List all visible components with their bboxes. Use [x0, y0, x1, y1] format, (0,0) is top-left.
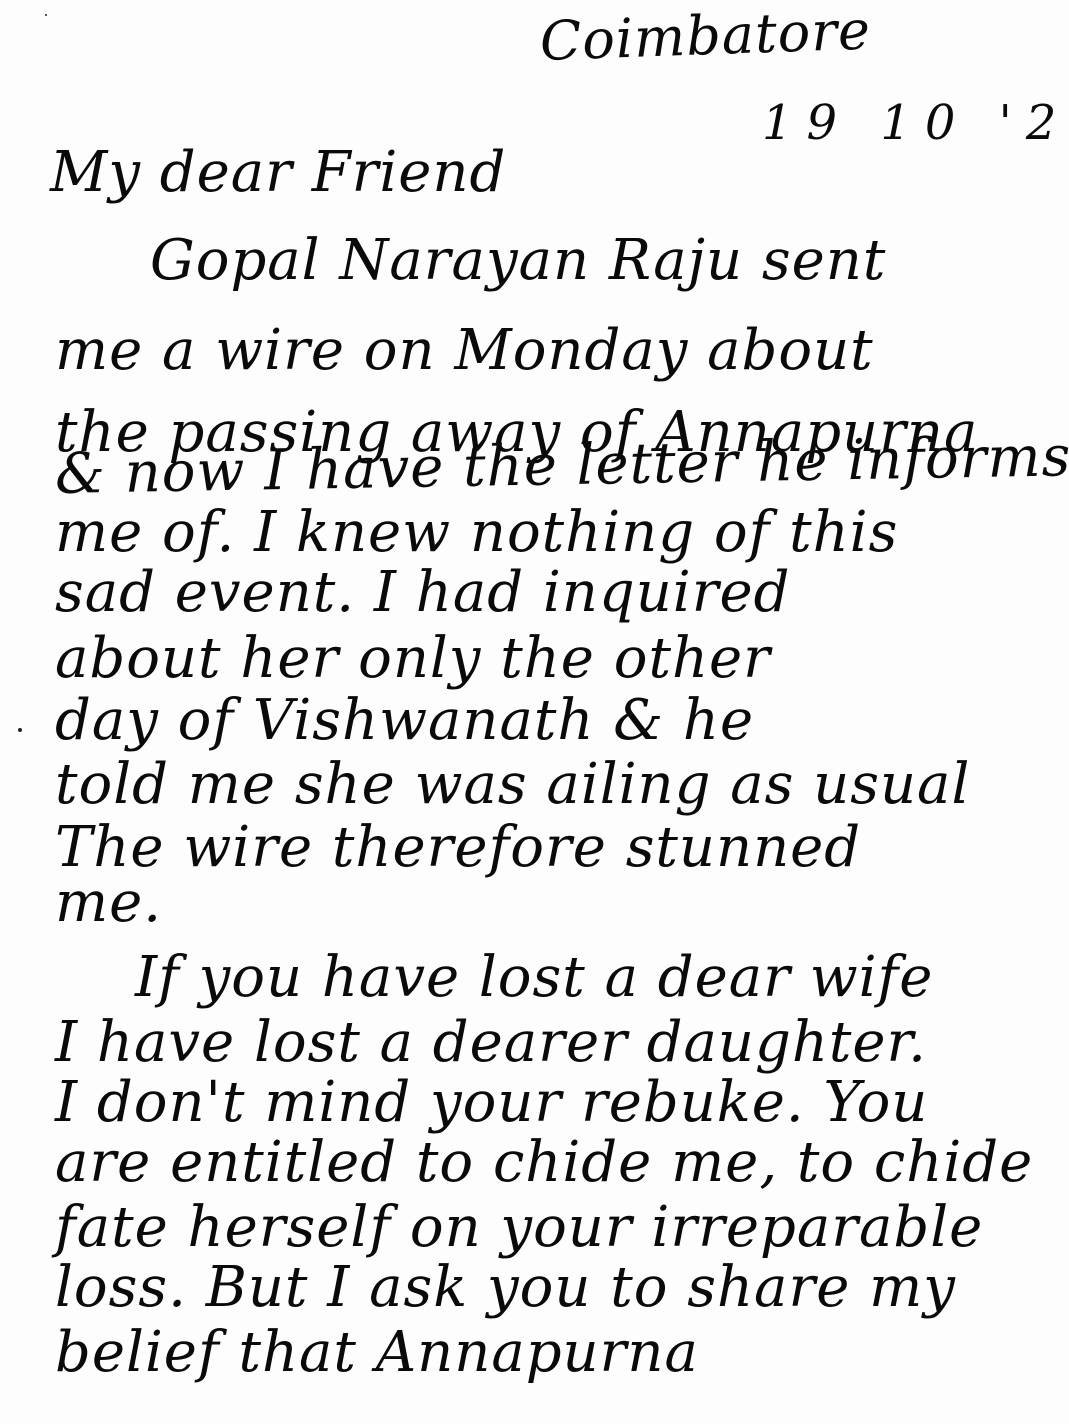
- body-line: me a wire on Monday about: [55, 318, 874, 383]
- body-line: I don't mind your rebuke. You: [55, 1070, 928, 1135]
- body-line: I have lost a dearer daughter.: [55, 1010, 927, 1075]
- body-line: told me she was ailing as usual: [55, 752, 970, 817]
- body-line: me.: [55, 870, 162, 935]
- letter-page: Coimbatore 19 10 '27 My dear Friend Gopa…: [0, 0, 1069, 1424]
- body-line: sad event. I had inquired: [55, 560, 790, 625]
- body-line: day of Vishwanath & he: [55, 688, 754, 753]
- body-line: The wire therefore stunned: [55, 815, 861, 880]
- ink-speck: [18, 728, 22, 732]
- body-line: me of. I knew nothing of this: [55, 500, 898, 565]
- letter-salutation: My dear Friend: [50, 140, 506, 205]
- letter-place: Coimbatore: [539, 0, 872, 73]
- body-line: about her only the other: [55, 626, 771, 691]
- letter-date: 19 10 '27: [762, 95, 1069, 151]
- body-line: Gopal Narayan Raju sent: [150, 228, 886, 293]
- ink-speck: [45, 14, 47, 16]
- body-line: loss. But I ask you to share my: [55, 1255, 956, 1320]
- body-line: belief that Annapurna: [55, 1320, 699, 1385]
- body-line: are entitled to chide me, to chide: [55, 1130, 1033, 1195]
- body-line: fate herself on your irreparable: [55, 1195, 983, 1260]
- body-line: If you have lost a dear wife: [135, 945, 933, 1010]
